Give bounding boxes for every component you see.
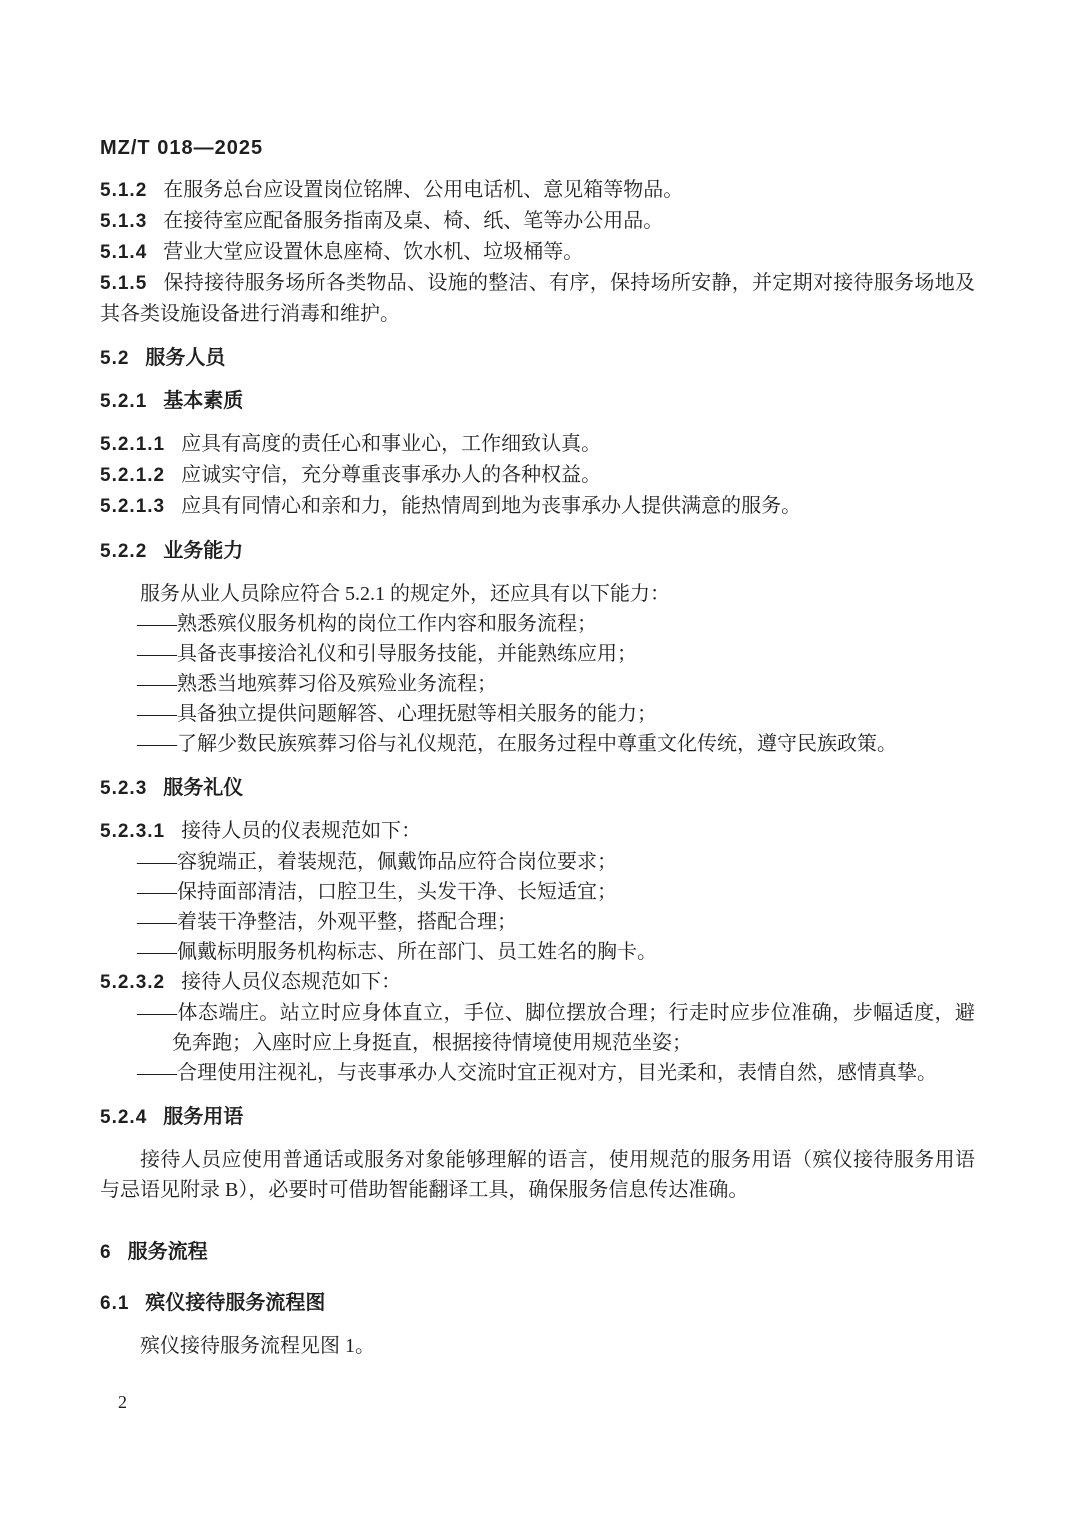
clause-number: 5.2.3.2	[100, 972, 165, 993]
heading-number: 5.2.4	[100, 1107, 147, 1128]
dash-item: ——容貌端正，着装规范，佩戴饰品应符合岗位要求；	[100, 847, 975, 877]
heading-title: 服务人员	[145, 347, 225, 369]
dash-item: ——体态端庄。站立时应身体直立，手位、脚位摆放合理；行走时应步位准确，步幅适度，…	[100, 998, 975, 1058]
chapter-title: 服务流程	[128, 1241, 208, 1263]
dash-item: ——合理使用注视礼，与丧事承办人交流时宜正视对方，目光柔和，表情自然，感情真挚。	[100, 1058, 975, 1088]
clause-text: 应具有高度的责任心和事业心，工作细致认真。	[181, 433, 601, 455]
clause-text: 应具有同情心和亲和力，能热情周到地为丧事承办人提供满意的服务。	[181, 495, 801, 517]
paragraph-capability-intro: 服务从业人员除应符合 5.2.1 的规定外，还应具有以下能力：	[100, 579, 975, 609]
clause-number: 5.2.1.2	[100, 465, 165, 486]
clause-text: 接待人员仪态规范如下：	[181, 971, 401, 993]
heading-number: 5.2.2	[100, 541, 147, 562]
clause-text: 应诚实守信，充分尊重丧事承办人的各种权益。	[181, 464, 601, 486]
heading-number: 5.2.3	[100, 778, 147, 799]
clause-text: 在接待室应配备服务指南及桌、椅、纸、笔等办公用品。	[163, 210, 663, 232]
clause-number: 5.1.5	[100, 273, 147, 294]
heading-number: 5.2	[100, 348, 129, 369]
heading-title: 业务能力	[163, 540, 243, 562]
heading-number: 5.2.1	[100, 391, 147, 412]
clause-number: 5.2.3.1	[100, 821, 165, 842]
clause-number: 5.1.4	[100, 242, 147, 263]
clause-number: 5.2.1.3	[100, 496, 165, 517]
clause-text: 保持接待服务场所各类物品、设施的整洁、有序，保持场所安静，并定期对接待服务场地及…	[100, 272, 975, 325]
heading-title: 服务用语	[163, 1106, 243, 1128]
heading-5-2-4: 5.2.4服务用语	[100, 1104, 975, 1131]
page-number: 2	[118, 1392, 127, 1413]
clause-5-1-3: 5.1.3在接待室应配备服务指南及桌、椅、纸、笔等办公用品。	[100, 206, 975, 237]
document-number-header: MZ/T 018—2025	[100, 135, 975, 161]
heading-5-2-1: 5.2.1基本素质	[100, 388, 975, 415]
clause-number: 5.2.1.1	[100, 434, 165, 455]
dash-item: ——具备丧事接洽礼仪和引导服务技能，并能熟练应用；	[100, 639, 975, 669]
clause-5-2-3-2: 5.2.3.2接待人员仪态规范如下：	[100, 967, 975, 998]
clause-text: 接待人员的仪表规范如下：	[181, 820, 421, 842]
heading-number: 6.1	[100, 1293, 129, 1314]
clause-text: 营业大堂应设置休息座椅、饮水机、垃圾桶等。	[163, 241, 583, 263]
document-page: MZ/T 018—2025 5.1.2在服务总台应设置岗位铭牌、公用电话机、意见…	[0, 0, 1074, 1520]
heading-title: 基本素质	[163, 390, 243, 412]
dash-item: ——佩戴标明服务机构标志、所在部门、员工姓名的胸卡。	[100, 937, 975, 967]
paragraph-flowchart-reference: 殡仪接待服务流程见图 1。	[100, 1331, 975, 1361]
clause-5-1-4: 5.1.4营业大堂应设置休息座椅、饮水机、垃圾桶等。	[100, 237, 975, 268]
heading-title: 殡仪接待服务流程图	[145, 1292, 325, 1314]
clause-5-1-5: 5.1.5保持接待服务场所各类物品、设施的整洁、有序，保持场所安静，并定期对接待…	[100, 268, 975, 329]
chapter-heading-6: 6服务流程	[100, 1239, 975, 1266]
dash-item: ——熟悉当地殡葬习俗及殡殓业务流程；	[100, 669, 975, 699]
clause-5-2-1-2: 5.2.1.2应诚实守信，充分尊重丧事承办人的各种权益。	[100, 460, 975, 491]
clause-5-1-2: 5.1.2在服务总台应设置岗位铭牌、公用电话机、意见箱等物品。	[100, 175, 975, 206]
clause-5-2-1-3: 5.2.1.3应具有同情心和亲和力，能热情周到地为丧事承办人提供满意的服务。	[100, 491, 975, 522]
clause-5-2-1-1: 5.2.1.1应具有高度的责任心和事业心，工作细致认真。	[100, 429, 975, 460]
heading-title: 服务礼仪	[163, 777, 243, 799]
dash-item: ——着装干净整洁，外观平整，搭配合理；	[100, 907, 975, 937]
heading-5-2-3: 5.2.3服务礼仪	[100, 775, 975, 802]
clause-text: 在服务总台应设置岗位铭牌、公用电话机、意见箱等物品。	[163, 179, 683, 201]
chapter-number: 6	[100, 1242, 112, 1263]
clause-number: 5.1.3	[100, 211, 147, 232]
dash-item: ——熟悉殡仪服务机构的岗位工作内容和服务流程；	[100, 609, 975, 639]
heading-5-2-2: 5.2.2业务能力	[100, 538, 975, 565]
clause-5-2-3-1: 5.2.3.1接待人员的仪表规范如下：	[100, 816, 975, 847]
dash-item: ——了解少数民族殡葬习俗与礼仪规范，在服务过程中尊重文化传统，遵守民族政策。	[100, 729, 975, 759]
heading-6-1: 6.1殡仪接待服务流程图	[100, 1290, 975, 1317]
clause-number: 5.1.2	[100, 180, 147, 201]
dash-item: ——保持面部清洁，口腔卫生，头发干净、长短适宜；	[100, 877, 975, 907]
heading-5-2: 5.2服务人员	[100, 345, 975, 372]
dash-item: ——具备独立提供问题解答、心理抚慰等相关服务的能力；	[100, 699, 975, 729]
paragraph-service-language: 接待人员应使用普通话或服务对象能够理解的语言，使用规范的服务用语（殡仪接待服务用…	[100, 1145, 975, 1205]
